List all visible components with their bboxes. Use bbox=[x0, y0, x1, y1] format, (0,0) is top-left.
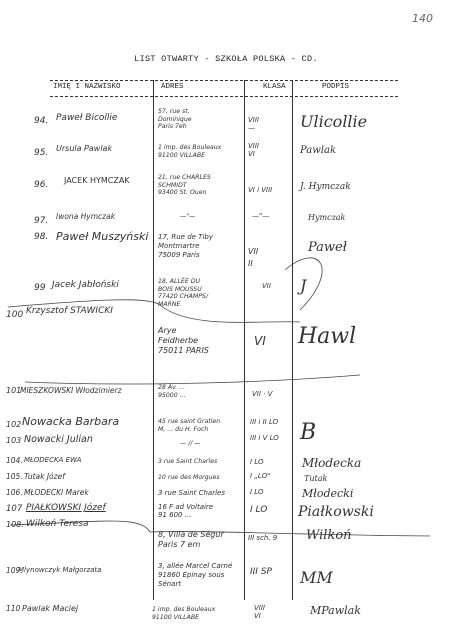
row-signature: Pawlak bbox=[300, 145, 336, 156]
row-address: 3 rue Saint Charles bbox=[158, 458, 243, 466]
row-name: Paweł Bicollie bbox=[56, 113, 117, 123]
row-number: 110 bbox=[6, 604, 20, 613]
row-address: 17, Rue de Tiby Montmartre 75009 Paris bbox=[158, 233, 243, 260]
row-signature: Wilkoń bbox=[306, 528, 352, 543]
row-klasa: I LO bbox=[250, 488, 292, 496]
row-klasa: III SP bbox=[250, 568, 292, 576]
row-name: Pawlak Maciej bbox=[22, 604, 78, 613]
row-signature: MPawlak bbox=[310, 604, 361, 617]
row-name: MŁODECKI Marek bbox=[24, 488, 89, 497]
row-number: 104. bbox=[6, 456, 23, 465]
row-number: 95. bbox=[34, 148, 48, 158]
row-name: Iwona Hymczak bbox=[56, 212, 115, 221]
row-name: Paweł Muszyński bbox=[56, 230, 148, 243]
row-address: 1 imp. des Bouleaux 91100 VILLABE bbox=[152, 606, 237, 621]
row-name: Mlynowczyk Małgorzata bbox=[18, 566, 101, 574]
row-number: 106. bbox=[6, 488, 23, 497]
row-klasa: VII II bbox=[248, 246, 290, 270]
row-signature: Piałkowski bbox=[298, 504, 374, 520]
row-signature: J bbox=[300, 276, 306, 295]
row-name: Tutak Józef bbox=[24, 472, 65, 481]
row-klasa: —"— bbox=[252, 212, 294, 220]
row-number: 94. bbox=[34, 116, 48, 126]
row-name: Wilkoń Teresa bbox=[26, 519, 89, 529]
row-signature: B bbox=[300, 420, 316, 445]
row-klasa: III sch. 9 bbox=[248, 534, 290, 542]
row-address: 10 rue des Morgues bbox=[158, 474, 243, 482]
row-name: Ursula Pawlak bbox=[56, 144, 112, 153]
row-klasa: VI i VIII bbox=[248, 186, 290, 194]
row-klasa: III i II LO bbox=[250, 418, 292, 426]
row-signature: MM bbox=[300, 568, 333, 587]
row-number: 98. bbox=[34, 232, 48, 242]
row-address: 57, rue st. Dominique Paris 7eh bbox=[158, 108, 243, 131]
row-number: 99 bbox=[34, 283, 45, 293]
row-signature: Tutak bbox=[304, 474, 327, 483]
row-address: 3, allée Marcel Carné 91860 Epinay sous … bbox=[158, 562, 243, 589]
row-signature: J. Hymczak bbox=[300, 182, 351, 192]
row-klasa: I LO bbox=[250, 458, 292, 466]
row-address: Arye Feidherbe 75011 PARIS bbox=[158, 326, 243, 356]
row-klasa: VIII — bbox=[248, 116, 290, 132]
row-number: 102 bbox=[6, 420, 21, 429]
row-number: 101 bbox=[6, 386, 21, 395]
row-address: 18, ALLÉE DU BOIS MOUSSU 77420 CHAMPS/ M… bbox=[158, 278, 243, 308]
row-signature: Hawl bbox=[298, 324, 356, 349]
row-number: 107 bbox=[6, 504, 22, 514]
row-number: 100 bbox=[6, 310, 23, 320]
row-address: 8, Villa de Ségur Paris 7 em bbox=[158, 530, 243, 550]
row-signature: Młodecka bbox=[302, 456, 361, 470]
row-klasa: VIII VI bbox=[248, 142, 290, 158]
row-klasa: VII · V bbox=[252, 390, 294, 398]
row-name: Nowacki Julian bbox=[24, 434, 93, 445]
row-signature: Ulicollie bbox=[300, 112, 367, 131]
row-name: Jacek Jabłoński bbox=[52, 280, 119, 290]
row-address: 45 rue saint Gratien M, ... du H. Foch bbox=[158, 418, 243, 433]
row-number: 108. bbox=[6, 520, 24, 529]
row-klasa: VII bbox=[262, 282, 304, 290]
row-name: Nowacka Barbara bbox=[22, 415, 119, 428]
row-name: Krzysztof STAWICKI bbox=[26, 306, 113, 316]
row-address: 16 F ad Voltaire 91 600 ... bbox=[158, 504, 243, 519]
row-address: 28 Av. ... 95000 ... bbox=[158, 384, 243, 399]
row-signature: Hymczak bbox=[308, 213, 345, 222]
row-name: PIAŁKOWSKI Józef bbox=[26, 503, 106, 513]
row-klasa: I LO bbox=[250, 506, 292, 514]
row-number: 103 bbox=[6, 436, 21, 445]
row-address: 3 rue Saint Charles bbox=[158, 490, 243, 498]
row-address: 1 imp. des Bouleaux 91100 VILLABE bbox=[158, 144, 243, 159]
row-klasa: I „LO" bbox=[250, 472, 292, 480]
row-signature: Paweł bbox=[308, 240, 347, 255]
row-number: 105. bbox=[6, 472, 23, 481]
row-address: 21, rue CHARLES SCHMIDT 93400 St. Ouen bbox=[158, 174, 243, 197]
row-klasa: III i V LO bbox=[250, 434, 292, 442]
row-number: 97. bbox=[34, 216, 48, 226]
row-name: JACEK HYMCZAK bbox=[64, 176, 130, 185]
row-klasa: VIII VI bbox=[254, 604, 296, 620]
row-number: 96. bbox=[34, 180, 48, 190]
row-klasa: VI bbox=[254, 337, 296, 345]
row-signature: Młodecki bbox=[302, 487, 353, 500]
row-name: MIESZKOWSKI Włodzimierz bbox=[20, 386, 122, 395]
row-name: MŁODECKA EWA bbox=[24, 456, 81, 464]
